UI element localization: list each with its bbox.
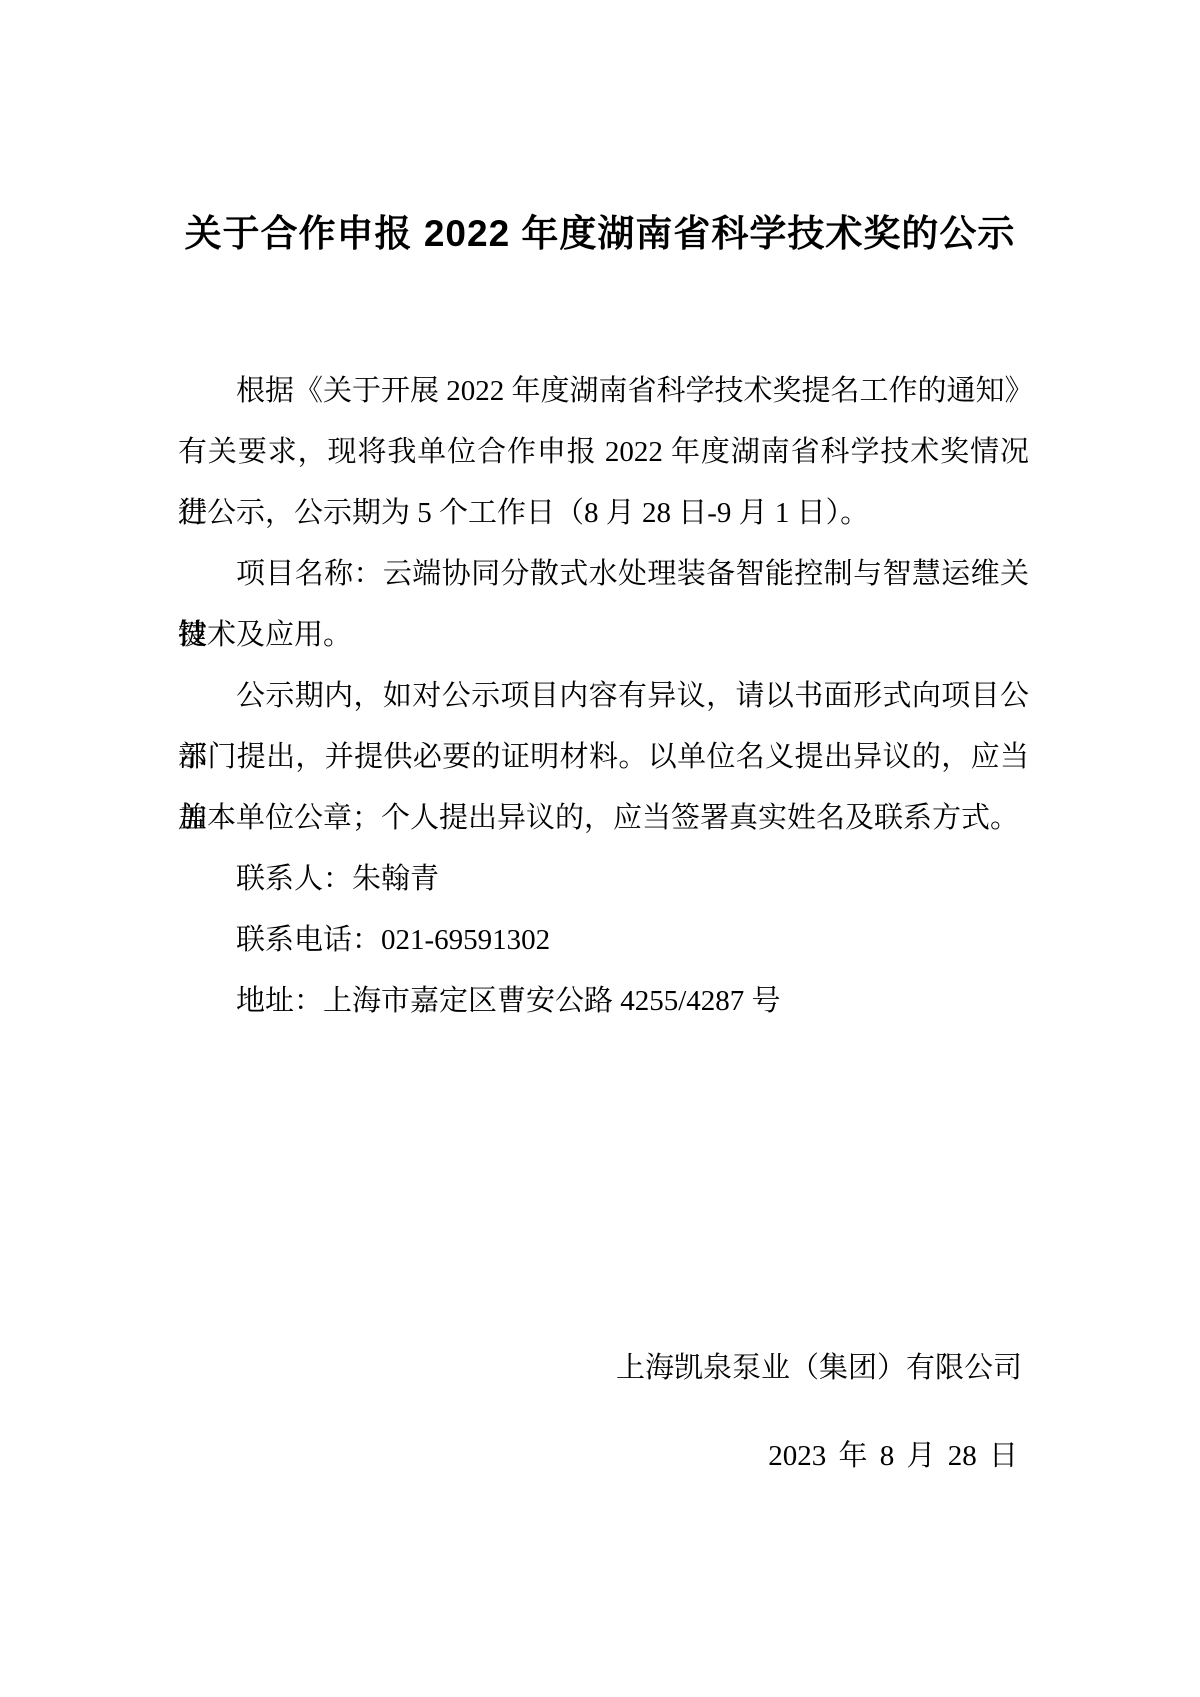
document-body: 根据《关于开展 2022 年度湖南省科学技术奖提名工作的通知》 有关要求，现将我… [178, 361, 1029, 1032]
body-line-project-name-1: 项目名称：云端协同分散式水处理装备智能控制与智慧运维关键 [178, 544, 1029, 605]
signature-date: 2023 年 8 月 28 日 [768, 1436, 1018, 1476]
body-line-objection-1: 公示期内，如对公示项目内容有异议，请以书面形式向项目公示 [178, 666, 1029, 727]
body-line-objection-3: 盖本单位公章；个人提出异议的，应当签署真实姓名及联系方式。 [178, 788, 1029, 849]
body-line-basis-3: 行公示，公示期为 5 个工作日（8 月 28 日-9 月 1 日）。 [178, 483, 1029, 544]
signature-company: 上海凯泉泵业（集团）有限公司 [616, 1348, 1022, 1388]
body-line-basis-2: 有关要求，现将我单位合作申报 2022 年度湖南省科学技术奖情况进 [178, 422, 1029, 483]
document-title: 关于合作申报 2022 年度湖南省科学技术奖的公示 [0, 204, 1200, 264]
contact-phone-line: 联系电话：021-69591302 [178, 910, 1029, 971]
address-line: 地址：上海市嘉定区曹安公路 4255/4287 号 [178, 971, 1029, 1032]
body-line-objection-2: 部门提出，并提供必要的证明材料。以单位名义提出异议的，应当加 [178, 727, 1029, 788]
body-line-basis-1: 根据《关于开展 2022 年度湖南省科学技术奖提名工作的通知》 [178, 361, 1029, 422]
document-page: 关于合作申报 2022 年度湖南省科学技术奖的公示 根据《关于开展 2022 年… [0, 0, 1200, 1697]
contact-person-line: 联系人：朱翰青 [178, 849, 1029, 910]
body-line-project-name-2: 技术及应用。 [178, 605, 1029, 666]
